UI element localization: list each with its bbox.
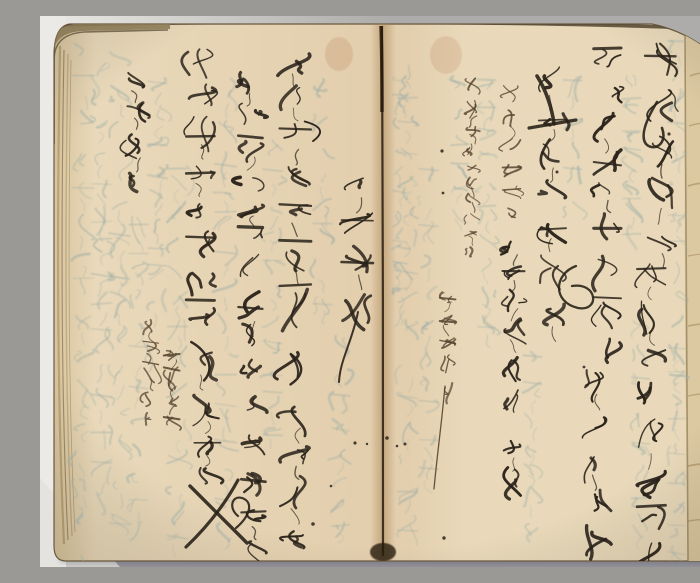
book-scene: [40, 16, 700, 567]
manuscript-photo: Photograph of an open antique Japanese m…: [40, 16, 700, 567]
book: [49, 22, 700, 561]
